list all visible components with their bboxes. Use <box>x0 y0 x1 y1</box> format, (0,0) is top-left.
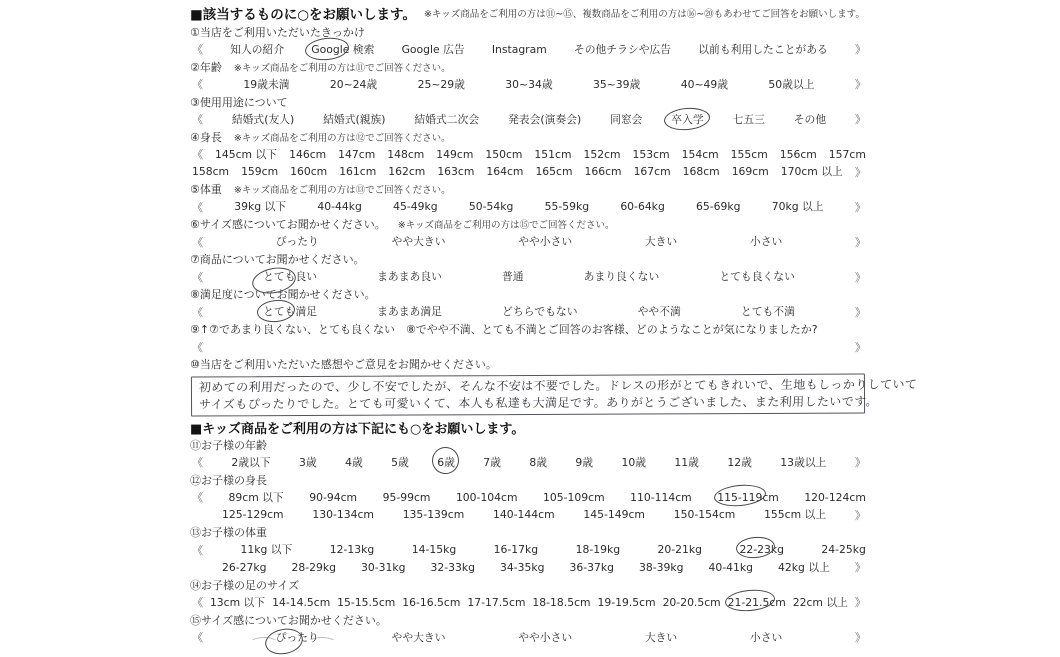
option: 3歳 <box>299 455 317 470</box>
option: 160cm <box>290 165 327 178</box>
option: Instagram <box>492 43 547 56</box>
question-label: ⑬お子様の体重 <box>190 524 868 542</box>
option-row: 《知人の紹介Google 検索Google 広告Instagramその他チラシや… <box>190 41 868 59</box>
page-bottom-cutoff <box>250 634 670 640</box>
option: 155cm <box>731 148 768 161</box>
option: 148cm <box>387 148 424 161</box>
handwritten-comment-line2: サイズもぴったりでした。とても可愛いくて、本人も私達も大満足です。ありがとうござ… <box>199 393 857 412</box>
close-bracket-icon: 》 <box>855 164 866 180</box>
question-label: ⑦商品についてお聞かせください。 <box>190 251 868 269</box>
option: 155cm 以上 <box>764 507 826 522</box>
option: とても不満 <box>741 304 795 319</box>
question-label: ⑧満足度についてお聞かせください。 <box>190 286 868 304</box>
option: 164cm <box>486 165 523 178</box>
close-bracket-icon: 》 <box>855 304 866 320</box>
option: 36-37kg <box>570 561 614 574</box>
option: その他 <box>794 112 826 127</box>
question-label: ⑤体重※キッズ商品をご利用の方は⑬でご回答ください。 <box>190 181 868 199</box>
open-bracket-icon: 《 <box>192 199 203 215</box>
close-bracket-icon: 》 <box>855 629 866 640</box>
option: 149cm <box>436 148 473 161</box>
option: 17-17.5cm <box>467 596 525 609</box>
question-label-text: ⑥サイズ感についてお聞かせください。 <box>190 216 386 232</box>
option: 35~39歳 <box>593 77 640 92</box>
option: 22cm 以上 <box>793 595 848 610</box>
option: 168cm <box>683 165 720 178</box>
option: 発表会(演奏会) <box>508 112 581 127</box>
option: 25~29歳 <box>418 77 465 92</box>
option: 28-29kg <box>292 561 336 574</box>
option-row: 《とても良いまあまあ良い普通あまり良くないとても良くない》 <box>190 268 868 286</box>
option: 150cm <box>485 148 522 161</box>
question-label: ⑥サイズ感についてお聞かせください。※キッズ商品をご利用の方は⑮でご回答ください… <box>190 216 868 234</box>
option: 157cm <box>829 148 866 161</box>
option: 38-39kg <box>639 561 683 574</box>
option: 結婚式(友人) <box>232 112 294 127</box>
option: 152cm <box>583 148 620 161</box>
option: 147cm <box>338 148 375 161</box>
question-note: ※キッズ商品をご利用の方は⑫でご回答ください。 <box>234 130 451 144</box>
kids-questions: ⑪お子様の年齢《2歳以下3歳4歳5歳6歳7歳8歳9歳10歳11歳12歳13歳以上… <box>190 436 868 640</box>
question-label: ④身長※キッズ商品をご利用の方は⑫でご回答ください。 <box>190 128 868 146</box>
option-row: 《145cm 以下146cm147cm148cm149cm150cm151cm1… <box>190 146 868 164</box>
option: 159cm <box>241 165 278 178</box>
option: ぴったり <box>276 234 319 249</box>
option-row: 《2歳以下3歳4歳5歳6歳7歳8歳9歳10歳11歳12歳13歳以上》 <box>190 454 868 472</box>
question-label-text: ⑤体重 <box>190 181 222 197</box>
option: 12歳 <box>727 455 752 470</box>
open-bracket-icon: 《 <box>192 629 203 640</box>
option: 4歳 <box>345 455 363 470</box>
open-bracket-icon: 《 <box>192 234 203 250</box>
option-row: 《13cm 以下14-14.5cm15-15.5cm16-16.5cm17-17… <box>190 594 868 612</box>
question-label-text: ⑩当店をご利用いただいた感想やご意見をお聞かせください。 <box>190 356 497 372</box>
option: 45-49kg <box>393 200 437 213</box>
option: 135-139cm <box>403 508 465 521</box>
open-bracket-icon: 《 <box>192 454 203 470</box>
option: 161cm <box>339 165 376 178</box>
option: 24-25kg <box>821 543 865 556</box>
close-bracket-icon: 》 <box>855 339 866 355</box>
option: 結婚式(親族) <box>323 112 385 127</box>
option: 大きい <box>645 234 677 249</box>
option: あまり良くない <box>584 269 660 284</box>
close-bracket-icon: 》 <box>855 41 866 57</box>
option: 65-69kg <box>696 200 740 213</box>
option: 26-27kg <box>222 561 266 574</box>
option-row: 《19歳未満20~24歳25~29歳30~34歳35~39歳40~49歳50歳以… <box>190 76 868 94</box>
question-label: ③使用用途について <box>190 93 868 111</box>
option: 結婚式二次会 <box>414 112 479 127</box>
option: 14-15kg <box>412 543 456 556</box>
question-label: ⑮サイズ感についてお聞かせください。 <box>190 611 868 629</box>
option: 19-19.5cm <box>597 596 655 609</box>
option: 13cm 以下 <box>210 595 265 610</box>
option-row: 《89cm 以下90-94cm95-99cm100-104cm105-109cm… <box>190 489 868 507</box>
option: 20-21kg <box>658 543 702 556</box>
open-bracket-icon: 《 <box>192 111 203 127</box>
question-label-text: ⑫お子様の身長 <box>190 472 267 488</box>
question-label-text: ⑮サイズ感についてお聞かせください。 <box>190 612 387 628</box>
option: 20~24歳 <box>330 77 377 92</box>
option: 162cm <box>388 165 425 178</box>
option: 22-23kg <box>739 543 783 556</box>
option: 156cm <box>780 148 817 161</box>
option: 153cm <box>633 148 670 161</box>
option: やや小さい <box>518 234 572 249</box>
question-label: ⑪お子様の年齢 <box>190 436 868 454</box>
question-label-text: ⑨↑⑦であまり良くない、とても良くない ⑧でやや不満、とても不満とご回答のお客様… <box>190 321 818 337</box>
option: 140-144cm <box>493 508 555 521</box>
option-row: 《39kg 以下40-44kg45-49kg50-54kg55-59kg60-6… <box>190 198 868 216</box>
option: とても満足 <box>263 304 317 319</box>
open-bracket-icon: 《 <box>192 542 203 558</box>
question-label-text: ②年齢 <box>190 59 222 75</box>
option: 151cm <box>534 148 571 161</box>
option: 165cm <box>535 165 572 178</box>
open-bracket-icon: 《 <box>192 304 203 320</box>
question-label: ⑩当店をご利用いただいた感想やご意見をお聞かせください。 <box>190 356 868 374</box>
option: 163cm <box>437 165 474 178</box>
option: 170cm 以上 <box>781 164 843 179</box>
option: 32-33kg <box>431 561 475 574</box>
question-label: ⑭お子様の足のサイズ <box>190 576 868 594</box>
option: 普通 <box>502 269 524 284</box>
open-bracket-icon: 《 <box>192 76 203 92</box>
option: その他チラシや広告 <box>574 42 671 57</box>
option: 55-59kg <box>545 200 589 213</box>
option-row: 158cm159cm160cm161cm162cm163cm164cm165cm… <box>190 163 868 181</box>
open-bracket-icon: 《 <box>192 269 203 285</box>
option: 146cm <box>289 148 326 161</box>
option: 8歳 <box>529 455 547 470</box>
option: Google 広告 <box>402 42 465 57</box>
survey-form: ■該当するものに○をお願いします。 ※キッズ商品をご利用の方は⑪~⑮、複数商品を… <box>190 2 868 640</box>
option: 6歳 <box>437 455 455 470</box>
option: 110-114cm <box>630 491 692 504</box>
option: 40-41kg <box>709 561 753 574</box>
option: 150-154cm <box>674 508 736 521</box>
option: 10歳 <box>621 455 646 470</box>
option: 105-109cm <box>543 491 605 504</box>
option: 七五三 <box>733 112 765 127</box>
close-bracket-icon: 》 <box>855 559 866 575</box>
option: 21-21.5cm <box>728 596 786 609</box>
option-row: 《》 <box>190 338 868 356</box>
form-title-text: ■該当するものに○をお願いします。 <box>190 3 416 23</box>
question-label-text: ⑬お子様の体重 <box>190 524 267 540</box>
question-label-text: ①当店をご利用いただいたきっかけ <box>190 24 365 40</box>
open-bracket-icon: 《 <box>192 489 203 505</box>
option: 60-64kg <box>620 200 664 213</box>
option: 20-20.5cm <box>663 596 721 609</box>
option: どちらでもない <box>502 304 577 319</box>
form-title-note: ※キッズ商品をご利用の方は⑪~⑮、複数商品をご利用の方は⑯~⑳もあわせてご回答を… <box>424 6 865 20</box>
option: 130-134cm <box>312 508 374 521</box>
option: 40~49歳 <box>681 77 728 92</box>
close-bracket-icon: 》 <box>855 454 866 470</box>
option: 11歳 <box>674 455 699 470</box>
open-bracket-icon: 《 <box>192 339 203 355</box>
option: まあまあ満足 <box>377 304 442 319</box>
option: 知人の紹介 <box>230 42 284 57</box>
option: 30~34歳 <box>505 77 552 92</box>
option: 115-119cm <box>717 491 779 504</box>
option: とても良い <box>263 269 317 284</box>
option: 95-99cm <box>383 491 431 504</box>
option: 145-149cm <box>583 508 645 521</box>
option: 19歳未満 <box>243 77 289 92</box>
question-label-text: ⑦商品についてお聞かせください。 <box>190 251 365 267</box>
question-note: ※キッズ商品をご利用の方は⑬でご回答ください。 <box>234 182 451 196</box>
option: 167cm <box>634 165 671 178</box>
open-bracket-icon: 《 <box>192 41 203 57</box>
question-label-text: ⑪お子様の年齢 <box>190 437 267 453</box>
kids-section-title: ■キッズ商品をご利用の方は下記にも○をお願いします。 <box>190 418 868 436</box>
close-bracket-icon: 》 <box>855 594 866 610</box>
question-label: ⑫お子様の身長 <box>190 471 868 489</box>
option: 154cm <box>682 148 719 161</box>
close-bracket-icon: 》 <box>855 507 866 523</box>
option: 15-15.5cm <box>337 596 395 609</box>
option: 小さい <box>750 630 782 640</box>
question-label-text: ④身長 <box>190 129 222 145</box>
question-label-text: ③使用用途について <box>190 94 288 110</box>
option: 169cm <box>732 165 769 178</box>
close-bracket-icon: 》 <box>855 269 866 285</box>
form-title: ■該当するものに○をお願いします。 ※キッズ商品をご利用の方は⑪~⑮、複数商品を… <box>190 2 868 23</box>
option: 18-18.5cm <box>532 596 590 609</box>
option: 42kg 以上 <box>778 560 830 575</box>
option: 70kg 以上 <box>772 199 824 214</box>
option: 50-54kg <box>469 200 513 213</box>
option: 2歳以下 <box>231 455 270 470</box>
question-note: ※キッズ商品をご利用の方は⑪でご回答ください。 <box>234 60 451 74</box>
option-row: 26-27kg28-29kg30-31kg32-33kg34-35kg36-37… <box>190 559 868 577</box>
option: やや大きい <box>392 234 446 249</box>
option: 16-17kg <box>494 543 538 556</box>
question-label-text: ⑭お子様の足のサイズ <box>190 577 299 593</box>
option: 7歳 <box>483 455 501 470</box>
close-bracket-icon: 》 <box>855 76 866 92</box>
option-row: 《ぴったりやや大きいやや小さい大きい小さい》 <box>190 233 868 251</box>
question-label: ⑨↑⑦であまり良くない、とても良くない ⑧でやや不満、とても不満とご回答のお客様… <box>190 321 868 339</box>
open-bracket-icon: 《 <box>192 146 203 162</box>
option: 12-13kg <box>330 543 374 556</box>
option: 卒入学 <box>671 112 703 127</box>
option: 50歳以上 <box>768 77 814 92</box>
option: Google 検索 <box>311 42 374 57</box>
close-bracket-icon: 》 <box>855 199 866 215</box>
close-bracket-icon: 》 <box>855 234 866 250</box>
option: 145cm 以下 <box>215 147 277 162</box>
option: 14-14.5cm <box>272 596 330 609</box>
option: 40-44kg <box>317 200 361 213</box>
option: 9歳 <box>575 455 593 470</box>
option-row: 《とても満足まあまあ満足どちらでもないやや不満とても不満》 <box>190 303 868 321</box>
option: 13歳以上 <box>780 455 826 470</box>
option: 5歳 <box>391 455 409 470</box>
question-label: ②年齢※キッズ商品をご利用の方は⑪でご回答ください。 <box>190 58 868 76</box>
option-row: 《11kg 以下12-13kg14-15kg16-17kg18-19kg20-2… <box>190 541 868 559</box>
main-questions: ①当店をご利用いただいたきっかけ《知人の紹介Google 検索Google 広告… <box>190 23 868 373</box>
option: 89cm 以下 <box>229 490 284 505</box>
option: 125-129cm <box>222 508 284 521</box>
option-row: 125-129cm130-134cm135-139cm140-144cm145-… <box>190 506 868 524</box>
option: 小さい <box>750 234 782 249</box>
option: 以前も利用したことがある <box>698 42 828 57</box>
option: 16-16.5cm <box>402 596 460 609</box>
option: まあまあ良い <box>377 269 442 284</box>
handwritten-comment-box: 初めての利用だったので、少し不安でしたが、そんな不安は不要でした。ドレスの形がと… <box>191 374 865 417</box>
option: 90-94cm <box>309 491 357 504</box>
open-bracket-icon: 《 <box>192 594 203 610</box>
option: 34-35kg <box>500 561 544 574</box>
option: 39kg 以下 <box>234 199 286 214</box>
option: 18-19kg <box>576 543 620 556</box>
option-row: 《結婚式(友人)結婚式(親族)結婚式二次会発表会(演奏会)同窓会卒入学七五三その… <box>190 111 868 129</box>
option: とても良くない <box>719 269 795 284</box>
option: 11kg 以下 <box>240 542 292 557</box>
close-bracket-icon: 》 <box>855 111 866 127</box>
option: 30-31kg <box>361 561 405 574</box>
option: 同窓会 <box>610 112 642 127</box>
question-note: ※キッズ商品をご利用の方は⑮でご回答ください。 <box>398 217 615 231</box>
option: やや不満 <box>638 304 681 319</box>
option: 166cm <box>585 165 622 178</box>
question-label: ①当店をご利用いただいたきっかけ <box>190 23 868 41</box>
option: 120-124cm <box>804 491 866 504</box>
option: 158cm <box>192 165 229 178</box>
question-label-text: ⑧満足度についてお聞かせください。 <box>190 286 376 302</box>
option: 100-104cm <box>456 491 518 504</box>
